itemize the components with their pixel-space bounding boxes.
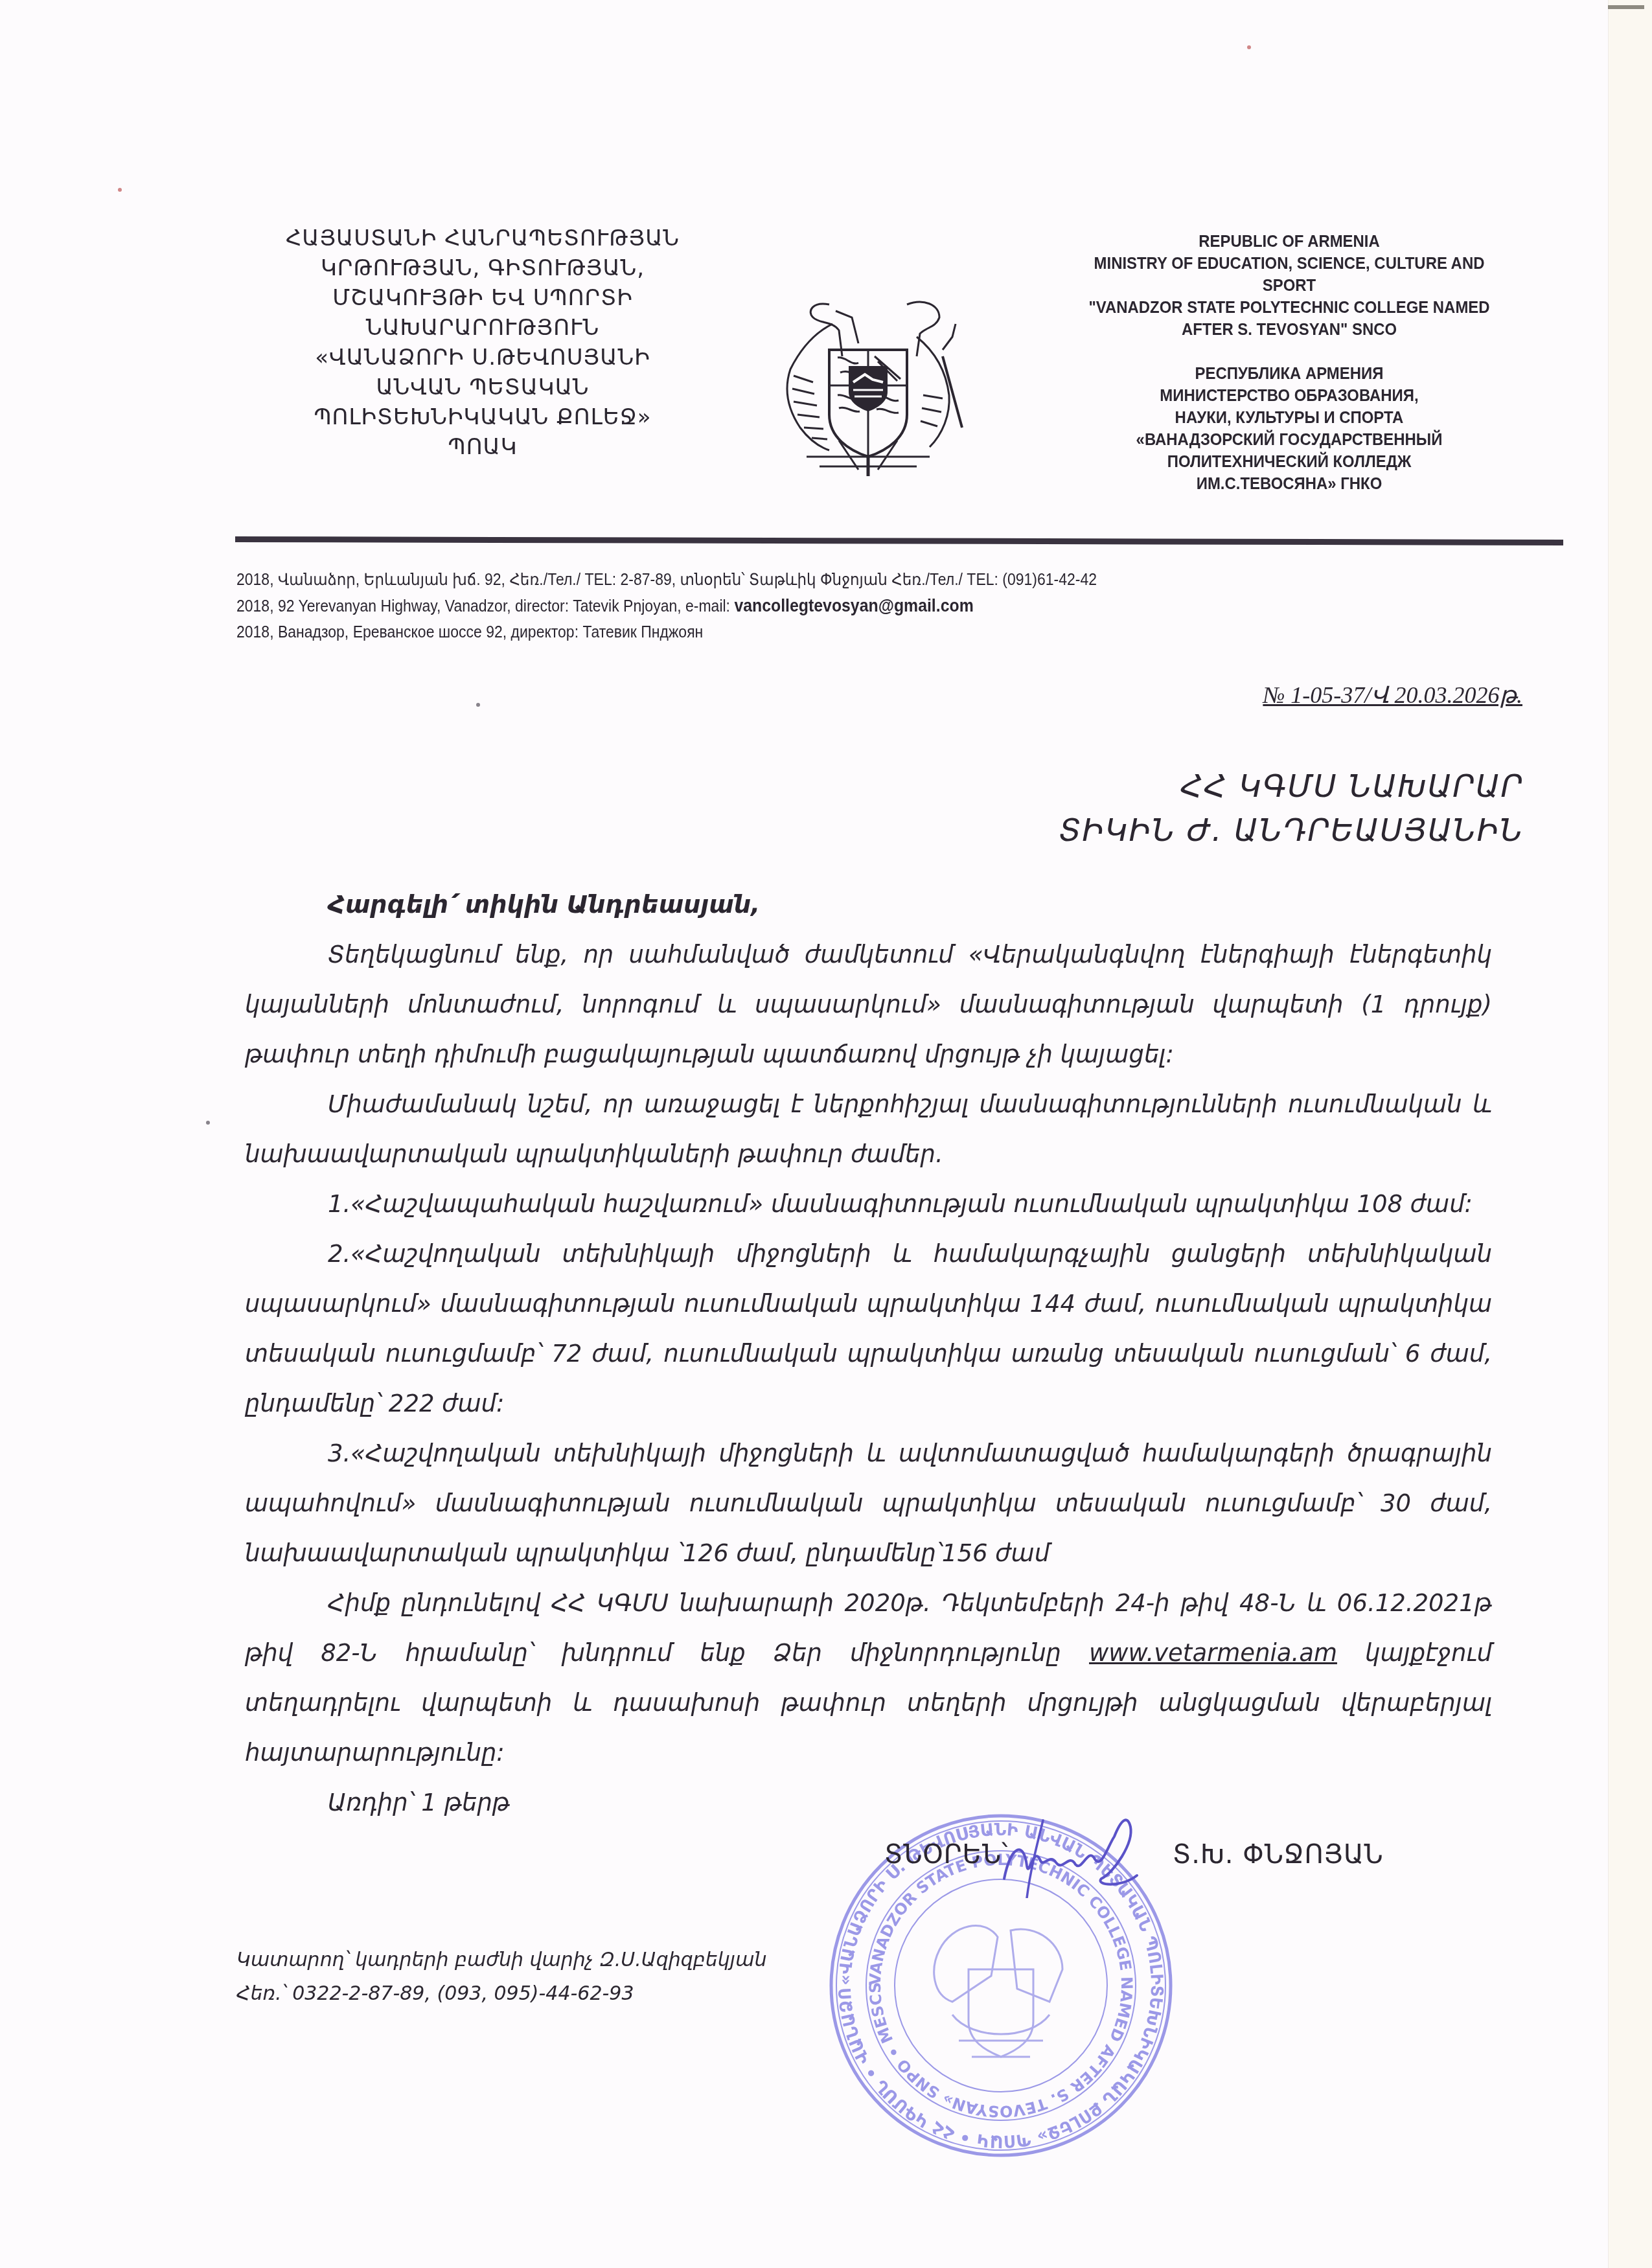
header-russian-line: «ВАНАДЗОРСКИЙ ГОСУДАРСТВЕННЫЙ bbox=[1051, 428, 1528, 450]
letter-body: Հարգելի՛ տիկին Անդրեասյան, Տեղեկացնում ե… bbox=[245, 880, 1492, 1827]
executor-info: Կատարող՝ կադրերի բաժնի վարիչ Զ.Ս.Ազիզբեկ… bbox=[236, 1943, 766, 2011]
scan-paper-edge bbox=[1608, 0, 1652, 2268]
scan-speck bbox=[476, 703, 480, 707]
body-paragraph: Տեղեկացնում ենք, որ սահմանված ժամկետում … bbox=[245, 930, 1492, 1079]
address-russian: 2018, Ванадзор, Ереванское шоссе 92, дир… bbox=[236, 619, 1097, 645]
header-english-line: AFTER S. TEVOSYAN" SNCO bbox=[1051, 318, 1528, 340]
header-foreign: REPUBLIC OF ARMENIA MINISTRY OF EDUCATIO… bbox=[1051, 230, 1528, 494]
closing-paragraph: Հիմք ընդունելով ՀՀ ԿԳՄՍ նախարարի 2020թ. … bbox=[245, 1578, 1492, 1778]
header-russian-line: НАУКИ, КУЛЬТУРЫ И СПОРТА bbox=[1051, 406, 1528, 428]
executor-phone: Հեռ.՝ 0322-2-87-89, (093, 095)-44-62-93 bbox=[236, 1977, 766, 2011]
header-english-line: REPUBLIC OF ARMENIA bbox=[1051, 230, 1528, 252]
scan-edge-shadow bbox=[1608, 5, 1644, 9]
scan-speck bbox=[206, 1121, 210, 1125]
header-armenian-line: ՊՈԼԻՏԵԽՆԻԿԱԿԱՆ ՔՈԼԵՋ» bbox=[236, 402, 729, 432]
addressee-title: ՀՀ ԿԳՄՍ ՆԱԽԱՐԱՐ bbox=[1059, 764, 1524, 808]
header-russian-line: МИНИСТЕРСТВО ОБРАЗОВАНИЯ, bbox=[1051, 384, 1528, 406]
body-paragraph: Միաժամանակ նշեմ, որ առաջացել է ներքոհիշյ… bbox=[245, 1079, 1492, 1179]
header-english-line: MINISTRY OF EDUCATION, SCIENCE, CULTURE … bbox=[1051, 252, 1528, 274]
handwritten-signature-icon bbox=[998, 1807, 1153, 1898]
header-russian-line: РЕСПУБЛИКА АРМЕНИЯ bbox=[1051, 362, 1528, 384]
scan-speck bbox=[118, 188, 122, 192]
coat-of-arms-icon bbox=[768, 285, 969, 479]
signatory-title: ՏՆՕՐԵՆ՝ bbox=[884, 1840, 1009, 1870]
signatory-name: Տ.Խ. ՓՆՋՈՅԱՆ bbox=[1173, 1840, 1384, 1870]
header-english-line: SPORT bbox=[1051, 274, 1528, 296]
scan-speck bbox=[1247, 45, 1251, 49]
vetarmenia-link[interactable]: www.vetarmenia.am bbox=[1089, 1639, 1337, 1667]
header-armenian: ՀԱՅԱՍՏԱՆԻ ՀԱՆՐԱՊԵՏՈՒԹՅԱՆ ԿՐԹՈՒԹՅԱՆ, ԳԻՏՈ… bbox=[236, 223, 729, 462]
header-armenian-line: ԿՐԹՈՒԹՅԱՆ, ԳԻՏՈՒԹՅԱՆ, bbox=[236, 253, 729, 283]
header-russian-line: ИМ.С.ТЕВОСЯНА» ГНКО bbox=[1051, 472, 1528, 494]
header-armenian-line: ՀԱՅԱՍՏԱՆԻ ՀԱՆՐԱՊԵՏՈՒԹՅԱՆ bbox=[236, 223, 729, 253]
list-item: 3.«Հաշվողական տեխնիկայի միջոցների և ավտո… bbox=[245, 1428, 1492, 1578]
header-armenian-line: ԱՆՎԱՆ ՊԵՏԱԿԱՆ bbox=[236, 372, 729, 402]
addressee-name: ՏԻԿԻՆ Ժ. ԱՆԴՐԵԱՍՅԱՆԻՆ bbox=[1059, 808, 1524, 853]
header-russian: РЕСПУБЛИКА АРМЕНИЯ МИНИСТЕРСТВО ОБРАЗОВА… bbox=[1051, 362, 1528, 494]
address-armenian: 2018, Վանաձոր, Երևանյան խճ. 92, Հեռ./Тел… bbox=[236, 567, 1097, 593]
addressee: ՀՀ ԿԳՄՍ ՆԱԽԱՐԱՐ ՏԻԿԻՆ Ժ. ԱՆԴՐԵԱՍՅԱՆԻՆ bbox=[1059, 764, 1524, 853]
header-english-line: "VANADZOR STATE POLYTECHNIC COLLEGE NAME… bbox=[1051, 296, 1528, 318]
reference-number: № 1-05-37/Վ 20.03.2026թ. bbox=[1263, 682, 1522, 709]
address-english: 2018, 92 Yerevanyan Highway, Vanadzor, d… bbox=[236, 593, 1097, 619]
header-armenian-line: ՄՇԱԿՈՒՅԹԻ ԵՎ ՍՊՈՐՏԻ bbox=[236, 283, 729, 313]
header-russian-line: ПОЛИТЕХНИЧЕСКИЙ КОЛЛЕДЖ bbox=[1051, 450, 1528, 472]
email-link[interactable]: vancollegtevosyan@gmail.com bbox=[734, 596, 973, 615]
executor-name: Կատարող՝ կադրերի բաժնի վարիչ Զ.Ս.Ազիզբեկ… bbox=[236, 1943, 766, 1977]
address-english-text: 2018, 92 Yerevanyan Highway, Vanadzor, d… bbox=[236, 597, 734, 615]
header-armenian-line: ՊՈԱԿ bbox=[236, 432, 729, 462]
address-block: 2018, Վանաձոր, Երևանյան խճ. 92, Հեռ./Тел… bbox=[236, 567, 1097, 645]
list-item: 2.«Հաշվողական տեխնիկայի միջոցների և համա… bbox=[245, 1229, 1492, 1428]
header-armenian-line: «ՎԱՆԱՁՈՐԻ Ս.ԹԵՎՈՍՅԱՆԻ bbox=[236, 343, 729, 372]
salutation: Հարգելի՛ տիկին Անդրեասյան, bbox=[328, 880, 1492, 930]
header-armenian-line: ՆԱԽԱՐԱՐՈՒԹՅՈՒՆ bbox=[236, 313, 729, 343]
header-divider bbox=[235, 536, 1563, 545]
list-item: 1.«Հաշվապահական հաշվառում» մասնագիտությա… bbox=[245, 1179, 1492, 1229]
